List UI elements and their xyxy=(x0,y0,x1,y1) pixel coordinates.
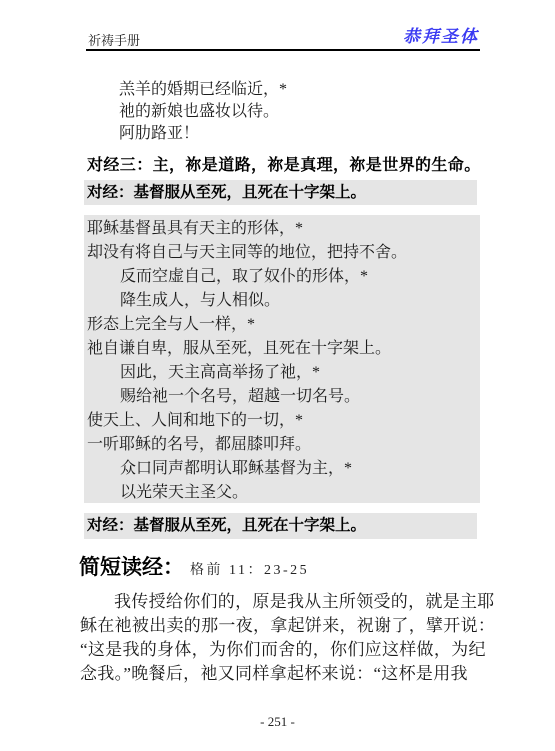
antiphon-banner-bottom: 对经：基督服从至死，且死在十字架上。 xyxy=(84,513,477,539)
psalm-line: 却没有将自己与天主同等的地位，把持不舍。 xyxy=(84,241,480,265)
antiphon-banner-top: 对经：基督服从至死，且死在十字架上。 xyxy=(84,180,477,205)
reading-reference: 格前 11：23-25 xyxy=(190,563,309,578)
reading-paragraph: 我传授给你们的，原是我从主所领受的，就是主耶 稣在祂被出卖的那一夜，拿起饼来，祝… xyxy=(80,590,495,686)
psalm-line: 耶稣基督虽具有天主的形体，* xyxy=(84,217,480,241)
psalm-line: 使天上、人间和地下的一切，* xyxy=(84,409,480,433)
page-number: - 251 - xyxy=(0,714,555,730)
intro-verses: 羔羊的婚期已经临近，* 祂的新娘也盛妆以待。 阿肋路亚！ xyxy=(119,79,287,145)
reading-title: 简短读经： xyxy=(79,556,184,579)
psalm-line: 降生成人，与人相似。 xyxy=(84,289,480,313)
psalm-canticle-block: 耶稣基督虽具有天主的形体，* 却没有将自己与天主同等的地位，把持不舍。 反而空虚… xyxy=(84,215,480,503)
paragraph-line: 念我。”晚餐后，祂又同样拿起杯来说：“这杯是用我 xyxy=(80,662,495,686)
psalm-line: 赐给祂一个名号，超越一切名号。 xyxy=(84,385,480,409)
paragraph-line: “这是我的身体，为你们而舍的，你们应这样做，为纪 xyxy=(80,638,495,662)
psalm-line: 众口同声都明认耶稣基督为主，* xyxy=(84,457,480,481)
psalm-line: 祂自谦自卑，服从至死，且死在十字架上。 xyxy=(84,337,480,361)
header-rule xyxy=(86,49,480,51)
paragraph-line: 我传授给你们的，原是我从主所领受的，就是主耶 xyxy=(80,590,495,614)
short-reading-heading: 简短读经：格前 11：23-25 xyxy=(79,551,309,581)
antiphon-three-heading: 对经三：主，祢是道路，祢是真理，祢是世界的生命。 xyxy=(87,152,481,175)
psalm-line: 一听耶稣的名号，都屈膝叩拜。 xyxy=(84,433,480,457)
prayer-book-page: 祈祷手册 恭拜圣体 羔羊的婚期已经临近，* 祂的新娘也盛妆以待。 阿肋路亚！ 对… xyxy=(0,0,555,751)
psalm-line: 反而空虚自己，取了奴仆的形体，* xyxy=(84,265,480,289)
psalm-line: 以光荣天主圣父。 xyxy=(84,481,480,505)
header-doc-title: 祈祷手册 xyxy=(88,30,140,49)
intro-verse-line: 阿肋路亚！ xyxy=(119,123,287,145)
header-section-title: 恭拜圣体 xyxy=(403,22,479,47)
paragraph-line: 稣在祂被出卖的那一夜，拿起饼来，祝谢了，擘开说： xyxy=(80,614,495,638)
psalm-line: 因此，天主高高举扬了祂，* xyxy=(84,361,480,385)
intro-verse-line: 羔羊的婚期已经临近，* xyxy=(119,79,287,101)
psalm-line: 形态上完全与人一样，* xyxy=(84,313,480,337)
intro-verse-line: 祂的新娘也盛妆以待。 xyxy=(119,101,287,123)
